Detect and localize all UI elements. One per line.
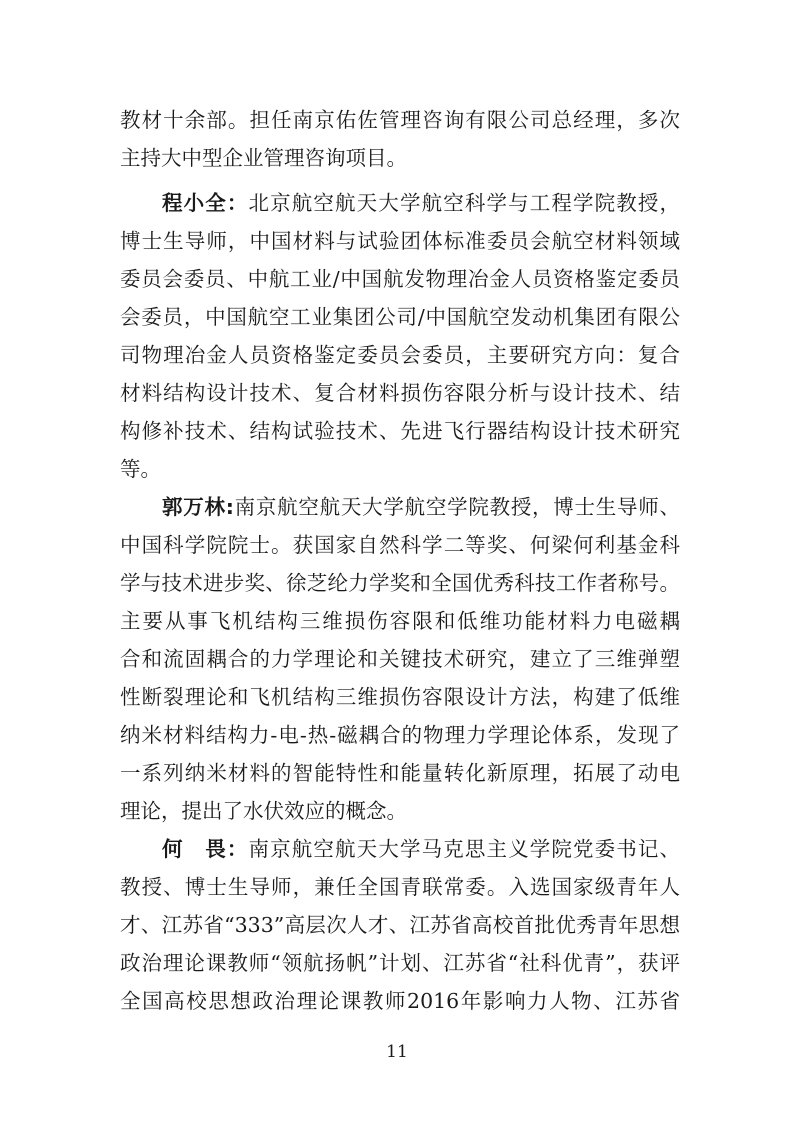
- text-line: 主持大中型企业管理咨询项目。: [120, 145, 680, 171]
- text-line: 构修补技术、结构试验技术、先进飞行器结构设计技术研究: [120, 418, 680, 444]
- text-line: 纳米材料结构力-电-热-磁耦合的物理力学理论体系，发现了: [120, 722, 680, 748]
- text-line: 司物理冶金人员资格鉴定委员会委员，主要研究方向：复合: [120, 342, 680, 368]
- text-line: 才、江苏省“333”高层次人才、江苏省高校首批优秀青年思想: [120, 912, 680, 938]
- text-line: 教授、博士生导师，兼任全国青联常委。入选国家级青年人: [120, 874, 680, 900]
- text-line: 一系列纳米材料的智能特性和能量转化新原理，拓展了动电: [120, 760, 680, 786]
- bio-text: 南京航空航天大学马克思主义学院党委书记、: [249, 837, 680, 861]
- text-line: 学与技术进步奖、徐芝纶力学奖和全国优秀科技工作者称号。: [120, 570, 680, 596]
- bio-text: 北京航空航天大学航空科学与工程学院教授，: [249, 191, 680, 215]
- text-line: 理论，提出了水伏效应的概念。: [120, 798, 680, 824]
- bio-first-line: 何 畏：南京航空航天大学马克思主义学院党委书记、: [162, 836, 680, 862]
- text-line: 博士生导师，中国材料与试验团体标准委员会航空材料领域: [120, 228, 680, 254]
- person-name: 程小全：: [162, 191, 249, 215]
- text-line: 中国科学院院士。获国家自然科学二等奖、何梁何利基金科: [120, 532, 680, 558]
- text-line: 教材十余部。担任南京佑佐管理咨询有限公司总经理，多次: [120, 107, 680, 133]
- text-line: 会委员，中国航空工业集团公司/中国航空发动机集团有限公: [120, 304, 680, 330]
- text-line: 性断裂理论和飞机结构三维损伤容限设计方法，构建了低维: [120, 684, 680, 710]
- text-line: 委员会委员、中航工业/中国航发物理冶金人员资格鉴定委员: [120, 266, 680, 292]
- bio-first-line: 程小全：北京航空航天大学航空科学与工程学院教授，: [162, 190, 680, 216]
- text-line: 全国高校思想政治理论课教师2016年影响力人物、江苏省: [120, 988, 680, 1014]
- text-line: 主要从事飞机结构三维损伤容限和低维功能材料力电磁耦: [120, 608, 680, 634]
- bio-text: 南京航空航天大学航空学院教授，博士生导师、: [234, 495, 680, 519]
- person-name: 郭万林:: [162, 495, 234, 519]
- text-line: 材料结构设计技术、复合材料损伤容限分析与设计技术、结: [120, 380, 680, 406]
- person-name: 何 畏：: [162, 837, 249, 861]
- document-page: 教材十余部。担任南京佑佐管理咨询有限公司总经理，多次 主持大中型企业管理咨询项目…: [0, 0, 794, 1123]
- page-number: 11: [0, 1042, 794, 1062]
- text-line: 政治理论课教师“领航扬帆”计划、江苏省“社科优青”，获评: [120, 950, 680, 976]
- text-line: 合和流固耦合的力学理论和关键技术研究，建立了三维弹塑: [120, 646, 680, 672]
- text-line: 等。: [120, 456, 680, 482]
- bio-first-line: 郭万林:南京航空航天大学航空学院教授，博士生导师、: [162, 494, 680, 520]
